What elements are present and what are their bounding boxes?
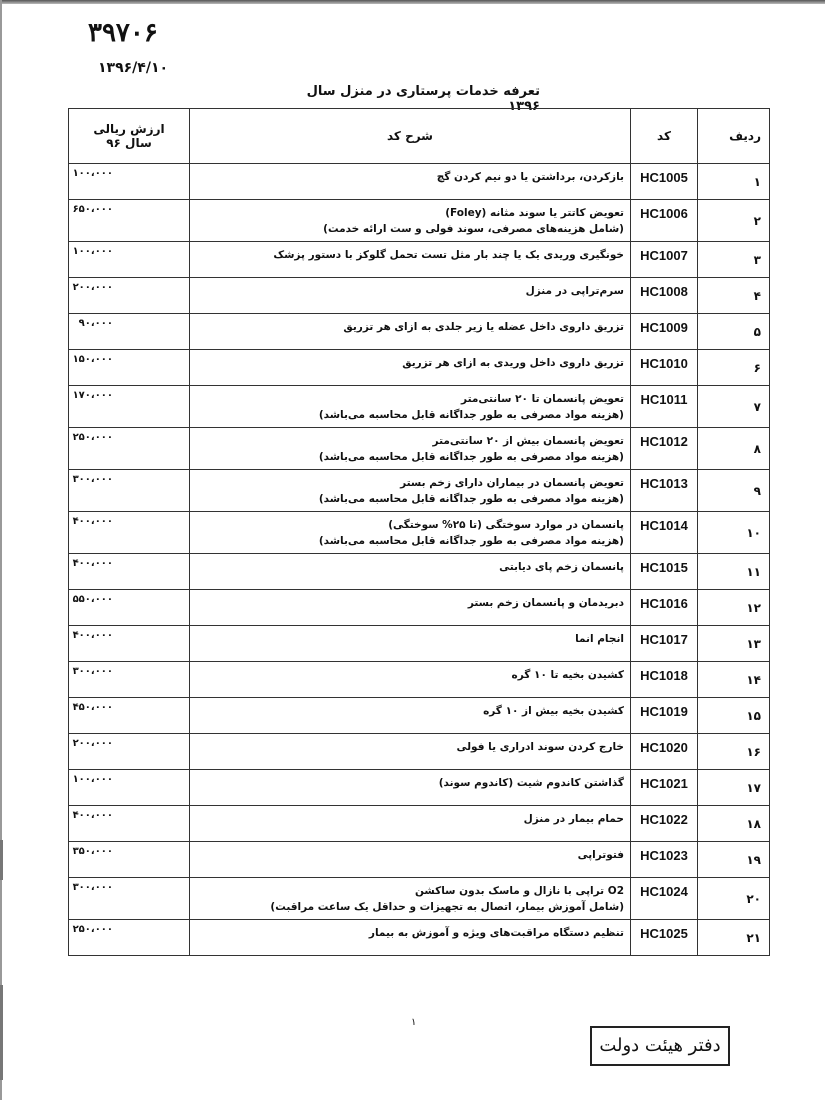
- table-row: ۴HC1008سرم‌تراپی در منزل۲۰۰،۰۰۰: [69, 278, 770, 314]
- service-code: HC1005: [631, 164, 698, 200]
- service-description: تعویض پانسمان تا ۲۰ سانتی‌متر(هزینه مواد…: [190, 386, 631, 428]
- rial-value: ۱۰۰،۰۰۰: [69, 770, 190, 806]
- description-note: (هزینه مواد مصرفی به طور جداگانه قابل مح…: [196, 533, 624, 549]
- rial-value: ۱۵۰،۰۰۰: [69, 350, 190, 386]
- tariff-table: ردیف کد شرح کد ارزش ریالی سال ۹۶ ۱HC1005…: [68, 108, 770, 956]
- service-description: O2 تراپی با نازال و ماسک بدون ساکشن(شامل…: [190, 878, 631, 920]
- description-note: (شامل آموزش بیمار، اتصال به تجهیزات و حد…: [196, 899, 624, 915]
- rial-value: ۴۰۰،۰۰۰: [69, 626, 190, 662]
- description-text: انجام انما: [196, 631, 624, 647]
- scan-mark: [0, 985, 3, 1080]
- service-description: بازکردن، برداشتن یا دو نیم کردن گچ: [190, 164, 631, 200]
- description-text: خارج کردن سوند ادراری یا فولی: [196, 739, 624, 755]
- service-description: پانسمان زخم پای دیابتی: [190, 554, 631, 590]
- service-description: تعویض پانسمان در بیماران دارای زخم بستر(…: [190, 470, 631, 512]
- row-number: ۱۸: [698, 806, 770, 842]
- row-number: ۷: [698, 386, 770, 428]
- rial-value: ۲۵۰،۰۰۰: [69, 428, 190, 470]
- table-body: ۱HC1005بازکردن، برداشتن یا دو نیم کردن گ…: [69, 164, 770, 956]
- table-row: ۱۶HC1020خارج کردن سوند ادراری یا فولی۲۰۰…: [69, 734, 770, 770]
- table-row: ۵HC1009تزریق داروی داخل عضله یا زیر جلدی…: [69, 314, 770, 350]
- service-description: انجام انما: [190, 626, 631, 662]
- row-number: ۱۵: [698, 698, 770, 734]
- service-description: حمام بیمار در منزل: [190, 806, 631, 842]
- rial-value: ۲۰۰،۰۰۰: [69, 734, 190, 770]
- rial-value: ۹۰،۰۰۰: [69, 314, 190, 350]
- service-code: HC1010: [631, 350, 698, 386]
- row-number: ۲: [698, 200, 770, 242]
- service-description: فتوتراپی: [190, 842, 631, 878]
- rial-value: ۴۵۰،۰۰۰: [69, 698, 190, 734]
- document-number: ۳۹۷۰۶: [88, 18, 158, 48]
- description-text: کشیدن بخیه تا ۱۰ گره: [196, 667, 624, 683]
- service-code: HC1013: [631, 470, 698, 512]
- header-value-line1: ارزش ریالی: [69, 122, 189, 136]
- scan-mark: [0, 840, 3, 880]
- row-number: ۸: [698, 428, 770, 470]
- description-text: بازکردن، برداشتن یا دو نیم کردن گچ: [196, 169, 624, 185]
- row-number: ۱۶: [698, 734, 770, 770]
- description-text: حمام بیمار در منزل: [196, 811, 624, 827]
- rial-value: ۳۰۰،۰۰۰: [69, 878, 190, 920]
- row-number: ۵: [698, 314, 770, 350]
- table-row: ۶HC1010تزریق داروی داخل وریدی به ازای هر…: [69, 350, 770, 386]
- service-description: کشیدن بخیه بیش از ۱۰ گره: [190, 698, 631, 734]
- description-text: گذاشتن کاندوم شیت (کاندوم سوند): [196, 775, 624, 791]
- rial-value: ۴۰۰،۰۰۰: [69, 512, 190, 554]
- row-number: ۲۱: [698, 920, 770, 956]
- row-number: ۱۳: [698, 626, 770, 662]
- service-code: HC1022: [631, 806, 698, 842]
- rial-value: ۱۰۰،۰۰۰: [69, 242, 190, 278]
- service-code: HC1020: [631, 734, 698, 770]
- description-text: دبریدمان و پانسمان زخم بستر: [196, 595, 624, 611]
- header-row-number: ردیف: [698, 109, 770, 164]
- description-note: (شامل هزینه‌های مصرفی، سوند فولی و ست ار…: [196, 221, 624, 237]
- service-description: تعویض پانسمان بیش از ۲۰ سانتی‌متر(هزینه …: [190, 428, 631, 470]
- service-description: گذاشتن کاندوم شیت (کاندوم سوند): [190, 770, 631, 806]
- description-text: خونگیری وریدی یک یا چند بار مثل تست تحمل…: [196, 247, 624, 263]
- service-code: HC1008: [631, 278, 698, 314]
- row-number: ۲۰: [698, 878, 770, 920]
- description-text: پانسمان در موارد سوختگی (تا ۲۵% سوختگی): [196, 517, 624, 533]
- service-description: تعویض کاتتر یا سوند مثانه (Foley)(شامل ه…: [190, 200, 631, 242]
- rial-value: ۲۰۰،۰۰۰: [69, 278, 190, 314]
- description-text: تزریق داروی داخل عضله یا زیر جلدی به ازا…: [196, 319, 624, 335]
- row-number: ۱۹: [698, 842, 770, 878]
- table-row: ۹HC1013تعویض پانسمان در بیماران دارای زخ…: [69, 470, 770, 512]
- table-row: ۱۷HC1021گذاشتن کاندوم شیت (کاندوم سوند)۱…: [69, 770, 770, 806]
- service-description: تنظیم دستگاه مراقبت‌های ویژه و آموزش به …: [190, 920, 631, 956]
- description-text: تنظیم دستگاه مراقبت‌های ویژه و آموزش به …: [196, 925, 624, 941]
- description-text: سرم‌تراپی در منزل: [196, 283, 624, 299]
- rial-value: ۴۰۰،۰۰۰: [69, 806, 190, 842]
- document-date: ۱۳۹۶/۴/۱۰: [98, 60, 168, 76]
- table-row: ۲۰HC1024O2 تراپی با نازال و ماسک بدون سا…: [69, 878, 770, 920]
- service-code: HC1012: [631, 428, 698, 470]
- service-description: تزریق داروی داخل وریدی به ازای هر تزریق: [190, 350, 631, 386]
- table-row: ۷HC1011تعویض پانسمان تا ۲۰ سانتی‌متر(هزی…: [69, 386, 770, 428]
- table-row: ۱۴HC1018کشیدن بخیه تا ۱۰ گره۳۰۰،۰۰۰: [69, 662, 770, 698]
- table-row: ۱۲HC1016دبریدمان و پانسمان زخم بستر۵۵۰،۰…: [69, 590, 770, 626]
- header-value-line2: سال ۹۶: [69, 136, 189, 150]
- row-number: ۶: [698, 350, 770, 386]
- table-row: ۱۱HC1015پانسمان زخم پای دیابتی۴۰۰،۰۰۰: [69, 554, 770, 590]
- description-text: کشیدن بخیه بیش از ۱۰ گره: [196, 703, 624, 719]
- description-note: (هزینه مواد مصرفی به طور جداگانه قابل مح…: [196, 449, 624, 465]
- description-text: فتوتراپی: [196, 847, 624, 863]
- rial-value: ۱۷۰،۰۰۰: [69, 386, 190, 428]
- description-text: تعویض پانسمان در بیماران دارای زخم بستر: [196, 475, 624, 491]
- service-code: HC1009: [631, 314, 698, 350]
- description-text: O2 تراپی با نازال و ماسک بدون ساکشن: [196, 883, 624, 899]
- scan-left-edge: [0, 0, 2, 1100]
- table-row: ۱HC1005بازکردن، برداشتن یا دو نیم کردن گ…: [69, 164, 770, 200]
- service-description: کشیدن بخیه تا ۱۰ گره: [190, 662, 631, 698]
- row-number: ۳: [698, 242, 770, 278]
- table-row: ۳HC1007خونگیری وریدی یک یا چند بار مثل ت…: [69, 242, 770, 278]
- header-description: شرح کد: [190, 109, 631, 164]
- row-number: ۱۲: [698, 590, 770, 626]
- service-code: HC1018: [631, 662, 698, 698]
- service-code: HC1025: [631, 920, 698, 956]
- rial-value: ۴۰۰،۰۰۰: [69, 554, 190, 590]
- table-row: ۱۰HC1014پانسمان در موارد سوختگی (تا ۲۵% …: [69, 512, 770, 554]
- service-description: سرم‌تراپی در منزل: [190, 278, 631, 314]
- description-text: تزریق داروی داخل وریدی به ازای هر تزریق: [196, 355, 624, 371]
- service-code: HC1023: [631, 842, 698, 878]
- service-description: دبریدمان و پانسمان زخم بستر: [190, 590, 631, 626]
- rial-value: ۳۰۰،۰۰۰: [69, 470, 190, 512]
- service-code: HC1019: [631, 698, 698, 734]
- rial-value: ۱۰۰،۰۰۰: [69, 164, 190, 200]
- description-note: (هزینه مواد مصرفی به طور جداگانه قابل مح…: [196, 491, 624, 507]
- service-code: HC1015: [631, 554, 698, 590]
- table-row: ۱۹HC1023فتوتراپی۳۵۰،۰۰۰: [69, 842, 770, 878]
- row-number: ۱۷: [698, 770, 770, 806]
- table-row: ۱۳HC1017انجام انما۴۰۰،۰۰۰: [69, 626, 770, 662]
- description-text: تعویض کاتتر یا سوند مثانه (Foley): [196, 205, 624, 221]
- office-stamp: دفتر هیئت دولت: [590, 1026, 730, 1066]
- table-header-row: ردیف کد شرح کد ارزش ریالی سال ۹۶: [69, 109, 770, 164]
- rial-value: ۳۵۰،۰۰۰: [69, 842, 190, 878]
- rial-value: ۵۵۰،۰۰۰: [69, 590, 190, 626]
- service-description: تزریق داروی داخل عضله یا زیر جلدی به ازا…: [190, 314, 631, 350]
- table-row: ۱۸HC1022حمام بیمار در منزل۴۰۰،۰۰۰: [69, 806, 770, 842]
- service-description: پانسمان در موارد سوختگی (تا ۲۵% سوختگی)(…: [190, 512, 631, 554]
- row-number: ۴: [698, 278, 770, 314]
- description-text: پانسمان زخم پای دیابتی: [196, 559, 624, 575]
- description-text: تعویض پانسمان تا ۲۰ سانتی‌متر: [196, 391, 624, 407]
- rial-value: ۶۵۰،۰۰۰: [69, 200, 190, 242]
- service-code: HC1014: [631, 512, 698, 554]
- row-number: ۹: [698, 470, 770, 512]
- row-number: ۱۰: [698, 512, 770, 554]
- scan-top-edge: [0, 0, 825, 4]
- header-code: کد: [631, 109, 698, 164]
- service-description: خونگیری وریدی یک یا چند بار مثل تست تحمل…: [190, 242, 631, 278]
- table-row: ۸HC1012تعویض پانسمان بیش از ۲۰ سانتی‌متر…: [69, 428, 770, 470]
- row-number: ۱۱: [698, 554, 770, 590]
- header-value: ارزش ریالی سال ۹۶: [69, 109, 190, 164]
- service-code: HC1007: [631, 242, 698, 278]
- service-code: HC1016: [631, 590, 698, 626]
- table-row: ۲۱HC1025تنظیم دستگاه مراقبت‌های ویژه و آ…: [69, 920, 770, 956]
- table-row: ۱۵HC1019کشیدن بخیه بیش از ۱۰ گره۴۵۰،۰۰۰: [69, 698, 770, 734]
- service-code: HC1021: [631, 770, 698, 806]
- row-number: ۱: [698, 164, 770, 200]
- service-description: خارج کردن سوند ادراری یا فولی: [190, 734, 631, 770]
- rial-value: ۳۰۰،۰۰۰: [69, 662, 190, 698]
- page-number: ۱: [411, 1017, 416, 1028]
- row-number: ۱۴: [698, 662, 770, 698]
- service-code: HC1017: [631, 626, 698, 662]
- description-text: تعویض پانسمان بیش از ۲۰ سانتی‌متر: [196, 433, 624, 449]
- service-code: HC1006: [631, 200, 698, 242]
- description-note: (هزینه مواد مصرفی به طور جداگانه قابل مح…: [196, 407, 624, 423]
- service-code: HC1011: [631, 386, 698, 428]
- service-code: HC1024: [631, 878, 698, 920]
- table-row: ۲HC1006تعویض کاتتر یا سوند مثانه (Foley)…: [69, 200, 770, 242]
- rial-value: ۲۵۰،۰۰۰: [69, 920, 190, 956]
